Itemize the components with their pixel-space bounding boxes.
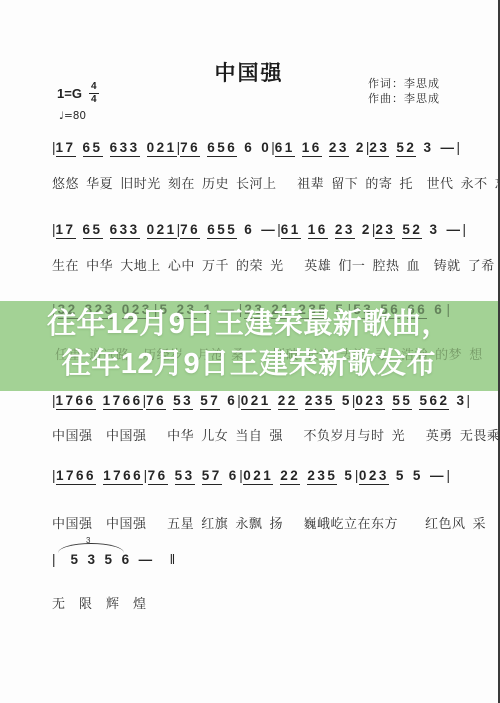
note-group: —	[446, 222, 462, 239]
note-group: 23	[369, 140, 389, 157]
lyrics-row: 悠悠 华夏 旧时光 刻在 历史 长河上 祖辈 留下 的寄 托 世代 永不 忘	[52, 173, 450, 192]
measure: 5356—	[71, 552, 155, 567]
note-group: 3	[429, 222, 439, 239]
note-group: 55	[392, 393, 412, 410]
measure: 021222355	[241, 393, 352, 410]
note-group: 22	[278, 393, 298, 410]
banner: |32323023|5231—|23212355|5356666| 任重 道远路…	[0, 301, 498, 391]
note-group: 6	[229, 468, 239, 485]
lyrics-row: 中国强 中国强 中华 儿女 当自 强 不负岁月与时 光 英勇 无畏乘风破浪	[52, 425, 450, 444]
note-group: 5	[105, 552, 115, 567]
note-group: 23	[329, 140, 349, 157]
key-signature: 1=G	[57, 86, 82, 101]
music-line-4: |17661766|7653576|021222355|023555623| 中…	[52, 393, 450, 444]
time-signature-numerator: 4	[89, 82, 99, 94]
note-group: 65	[83, 140, 103, 157]
note-group: 17	[56, 140, 76, 157]
note-group: 021	[147, 140, 177, 157]
note-group: 5	[71, 552, 81, 567]
barline: |	[355, 468, 359, 483]
note-group: 6	[244, 222, 254, 239]
lyrics-row: 生在 中华 大地上 心中 万千 的荣 光 英雄 们一 腔热 血 铸就 了希 望	[52, 255, 450, 274]
notes-row: |1765633021|7665660|6116232|23523—|	[52, 140, 450, 157]
note-group: 0	[261, 140, 271, 157]
notes-row: |17661766|7653576|021222355|023555623|	[52, 393, 450, 410]
barline: |	[239, 468, 243, 483]
note-group: 6	[244, 140, 254, 157]
note-group: 5	[344, 468, 354, 485]
note-group: 23	[335, 222, 355, 239]
banner-caption-line-1: 往年12月9日王建荣最新歌曲，	[0, 307, 498, 342]
barline: |	[144, 468, 148, 483]
note-group: 53	[173, 393, 193, 410]
music-line-6: 3 |5356—‖ 无 限 辉 煌	[52, 552, 222, 612]
note-group: 65	[83, 222, 103, 239]
lyricist-credit: 作词：李思成	[368, 77, 440, 92]
barline: |	[52, 552, 56, 567]
note-group: 656	[207, 140, 237, 157]
note-group: 633	[110, 140, 140, 157]
note-group: 562	[419, 393, 449, 410]
note-group: 61	[281, 222, 301, 239]
measure: 021222355	[243, 468, 354, 485]
measure: 6116232	[275, 140, 366, 157]
banner-caption-line-2: 往年12月9日王建荣新歌发布	[0, 347, 498, 382]
note-group: 57	[202, 468, 222, 485]
music-line-2: |1765633021|766556—|6116232|23523—| 生在 中…	[52, 222, 450, 274]
note-group: 3	[88, 552, 98, 567]
note-group: 023	[359, 468, 389, 485]
note-group: 3	[456, 393, 466, 410]
note-group: 76	[148, 468, 168, 485]
lyrics-row: 无 限 辉 煌	[52, 593, 222, 612]
composer-credit: 作曲：李思成	[368, 92, 440, 107]
measure: 02355—	[359, 468, 446, 485]
note-group: 1766	[103, 393, 143, 410]
note-group: 17	[56, 222, 76, 239]
note-group: 23	[375, 222, 395, 239]
note-group: 22	[280, 468, 300, 485]
note-group: 5	[342, 393, 352, 410]
note-group: 023	[355, 393, 385, 410]
barline: |	[52, 468, 56, 483]
measure: 17661766	[56, 393, 143, 410]
note-group: —	[440, 140, 456, 157]
measure: 7653576	[146, 393, 237, 410]
key-time-signature: 1=G 4 4	[57, 82, 99, 105]
note-group: 61	[275, 140, 295, 157]
note-group: 1766	[56, 393, 96, 410]
note-group: 57	[200, 393, 220, 410]
notes-row: 3 |5356—‖	[52, 552, 222, 567]
notes-row: |1765633021|766556—|6116232|23523—|	[52, 222, 450, 239]
note-group: 633	[110, 222, 140, 239]
time-signature: 4 4	[89, 82, 99, 105]
lyrics-row: 中国强 中国强 五星 红旗 永飘 扬 巍峨屹立在东方 红色风 采	[52, 513, 450, 532]
music-line-5: |17661766|7653576|021222355|02355—| 中国强 …	[52, 468, 450, 532]
note-group: 6	[122, 552, 132, 567]
note-group: 52	[396, 140, 416, 157]
measure: 23523—	[369, 140, 456, 157]
note-group: 16	[302, 140, 322, 157]
time-signature-denominator: 4	[89, 95, 99, 105]
note-group: 655	[207, 222, 237, 239]
note-group: 021	[147, 222, 177, 239]
note-group: 5	[413, 468, 423, 485]
barline: |	[462, 222, 466, 237]
measure: 1765633021	[56, 140, 177, 157]
measure: 6116232	[281, 222, 372, 239]
note-group: —	[430, 468, 446, 485]
note-group: —	[139, 552, 155, 567]
barline: |	[456, 140, 460, 155]
note-group: 53	[175, 468, 195, 485]
notes-row: |17661766|7653576|021222355|02355—|	[52, 468, 450, 485]
note-group: 52	[402, 222, 422, 239]
barline: |	[446, 468, 450, 483]
measure: 023555623	[355, 393, 466, 410]
note-group: 021	[241, 393, 271, 410]
note-group: 16	[308, 222, 328, 239]
note-group: 235	[307, 468, 337, 485]
note-group: 1766	[103, 468, 143, 485]
note-group: 6	[227, 393, 237, 410]
barline: ‖	[170, 552, 176, 567]
credits: 作词：李思成 作曲：李思成	[368, 77, 440, 107]
measure: 7665660	[180, 140, 271, 157]
measure: 17661766	[56, 468, 143, 485]
note-group: 021	[243, 468, 273, 485]
measure: 7653576	[148, 468, 239, 485]
note-group: 1766	[56, 468, 96, 485]
note-group: 2	[356, 140, 366, 157]
note-group: 2	[362, 222, 372, 239]
music-line-1: |1765633021|7665660|6116232|23523—| 悠悠 华…	[52, 140, 450, 192]
note-group: 76	[146, 393, 166, 410]
tuplet-number: 3	[86, 536, 90, 545]
measure: 23523—	[375, 222, 462, 239]
sheet-music-page: 中国强 1=G 4 4 作词：李思成 作曲：李思成 ♩=80 |17656330…	[0, 0, 500, 703]
slur-arc	[58, 543, 124, 553]
barline: |	[466, 393, 470, 408]
note-group: 76	[180, 140, 200, 157]
tempo-mark: ♩=80	[59, 110, 86, 122]
note-group: —	[261, 222, 277, 239]
note-group: 3	[423, 140, 433, 157]
note-group: 235	[305, 393, 335, 410]
measure: 1765633021	[56, 222, 177, 239]
note-group: 76	[180, 222, 200, 239]
measure: 766556—	[180, 222, 277, 239]
note-group: 5	[396, 468, 406, 485]
